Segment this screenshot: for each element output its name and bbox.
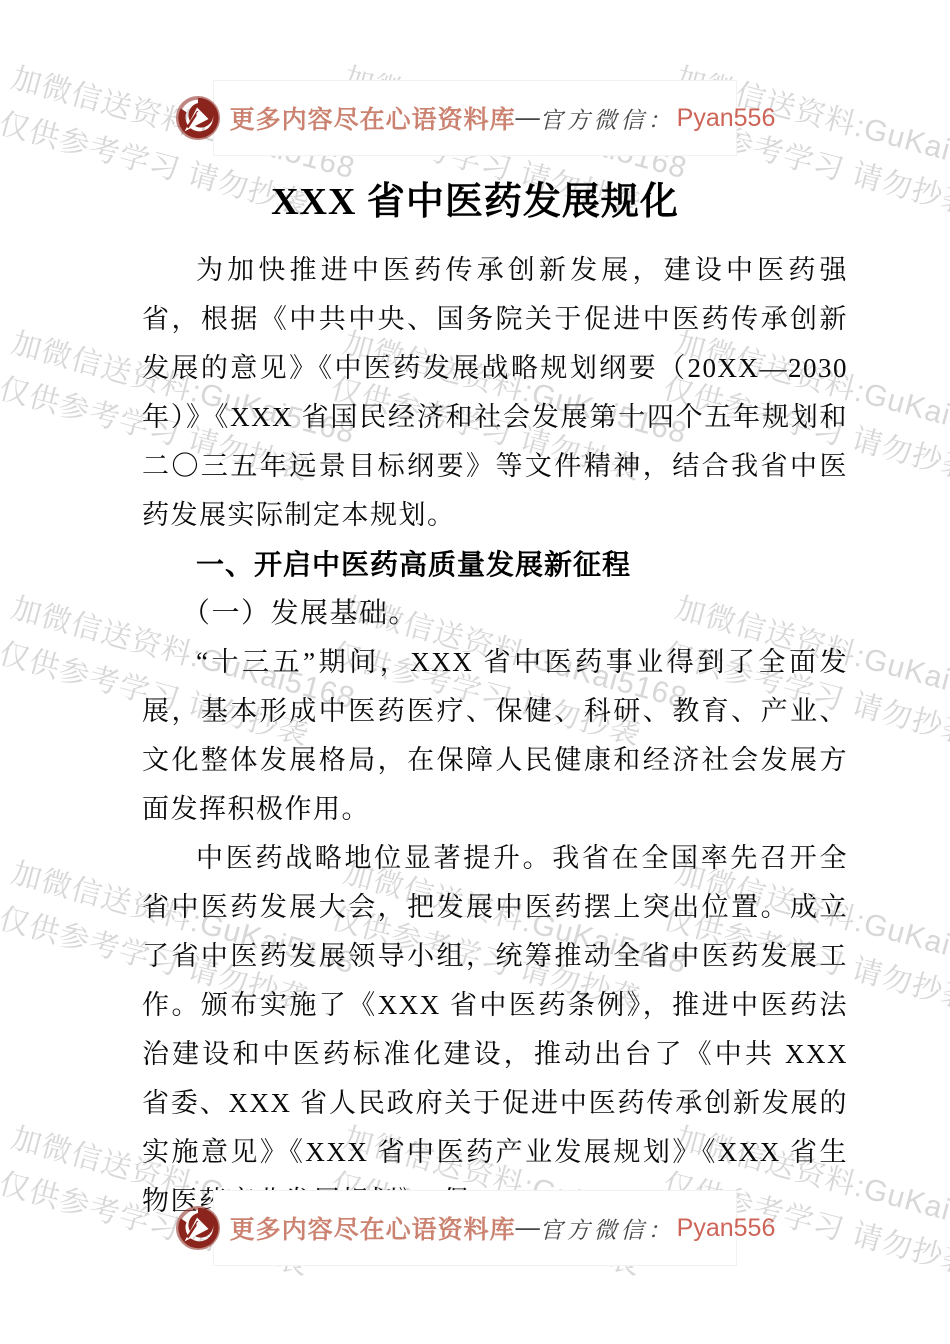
brand-dash: — bbox=[516, 105, 540, 132]
brand-slogan: 更多内容尽在心语资料库 bbox=[230, 100, 516, 136]
wechat-label: 官方微信： bbox=[540, 102, 675, 135]
paragraph-strategy: 中医药战略地位显著提升。我省在全国率先召开全省中医药发展大会，把发展中医药摆上突… bbox=[142, 834, 848, 1226]
brand-logo-icon bbox=[175, 1205, 221, 1251]
header-brand-strip: 更多内容尽在心语资料库—官方微信：Pyan556 bbox=[213, 80, 737, 156]
section-heading: 一、开启中医药高质量发展新征程 bbox=[142, 540, 848, 589]
wechat-label: 官方微信： bbox=[540, 1212, 675, 1245]
section-subheading: （一）发展基础。 bbox=[142, 589, 848, 638]
footer-brand-strip: 更多内容尽在心语资料库—官方微信：Pyan556 bbox=[213, 1190, 737, 1266]
document-body: 为加快推进中医药传承创新发展，建设中医药强省，根据《中共中央、国务院关于促进中医… bbox=[142, 246, 848, 1226]
wechat-id: Pyan556 bbox=[677, 104, 776, 133]
document-page: 加微信送资料:GuKai5168仅供参考学习 请勿抄袭加微信送资料:GuKai5… bbox=[0, 0, 950, 1344]
brand-slogan: 更多内容尽在心语资料库 bbox=[230, 1210, 516, 1246]
page-title: XXX 省中医药发展规化 bbox=[0, 170, 950, 225]
paragraph-foundation: “十三五”期间，XXX 省中医药事业得到了全面发展，基本形成中医药医疗、保健、科… bbox=[142, 638, 848, 834]
brand-dash: — bbox=[516, 1215, 540, 1242]
brand-logo-icon bbox=[175, 95, 221, 141]
wechat-id: Pyan556 bbox=[677, 1214, 776, 1243]
paragraph-intro: 为加快推进中医药传承创新发展，建设中医药强省，根据《中共中央、国务院关于促进中医… bbox=[142, 246, 848, 540]
